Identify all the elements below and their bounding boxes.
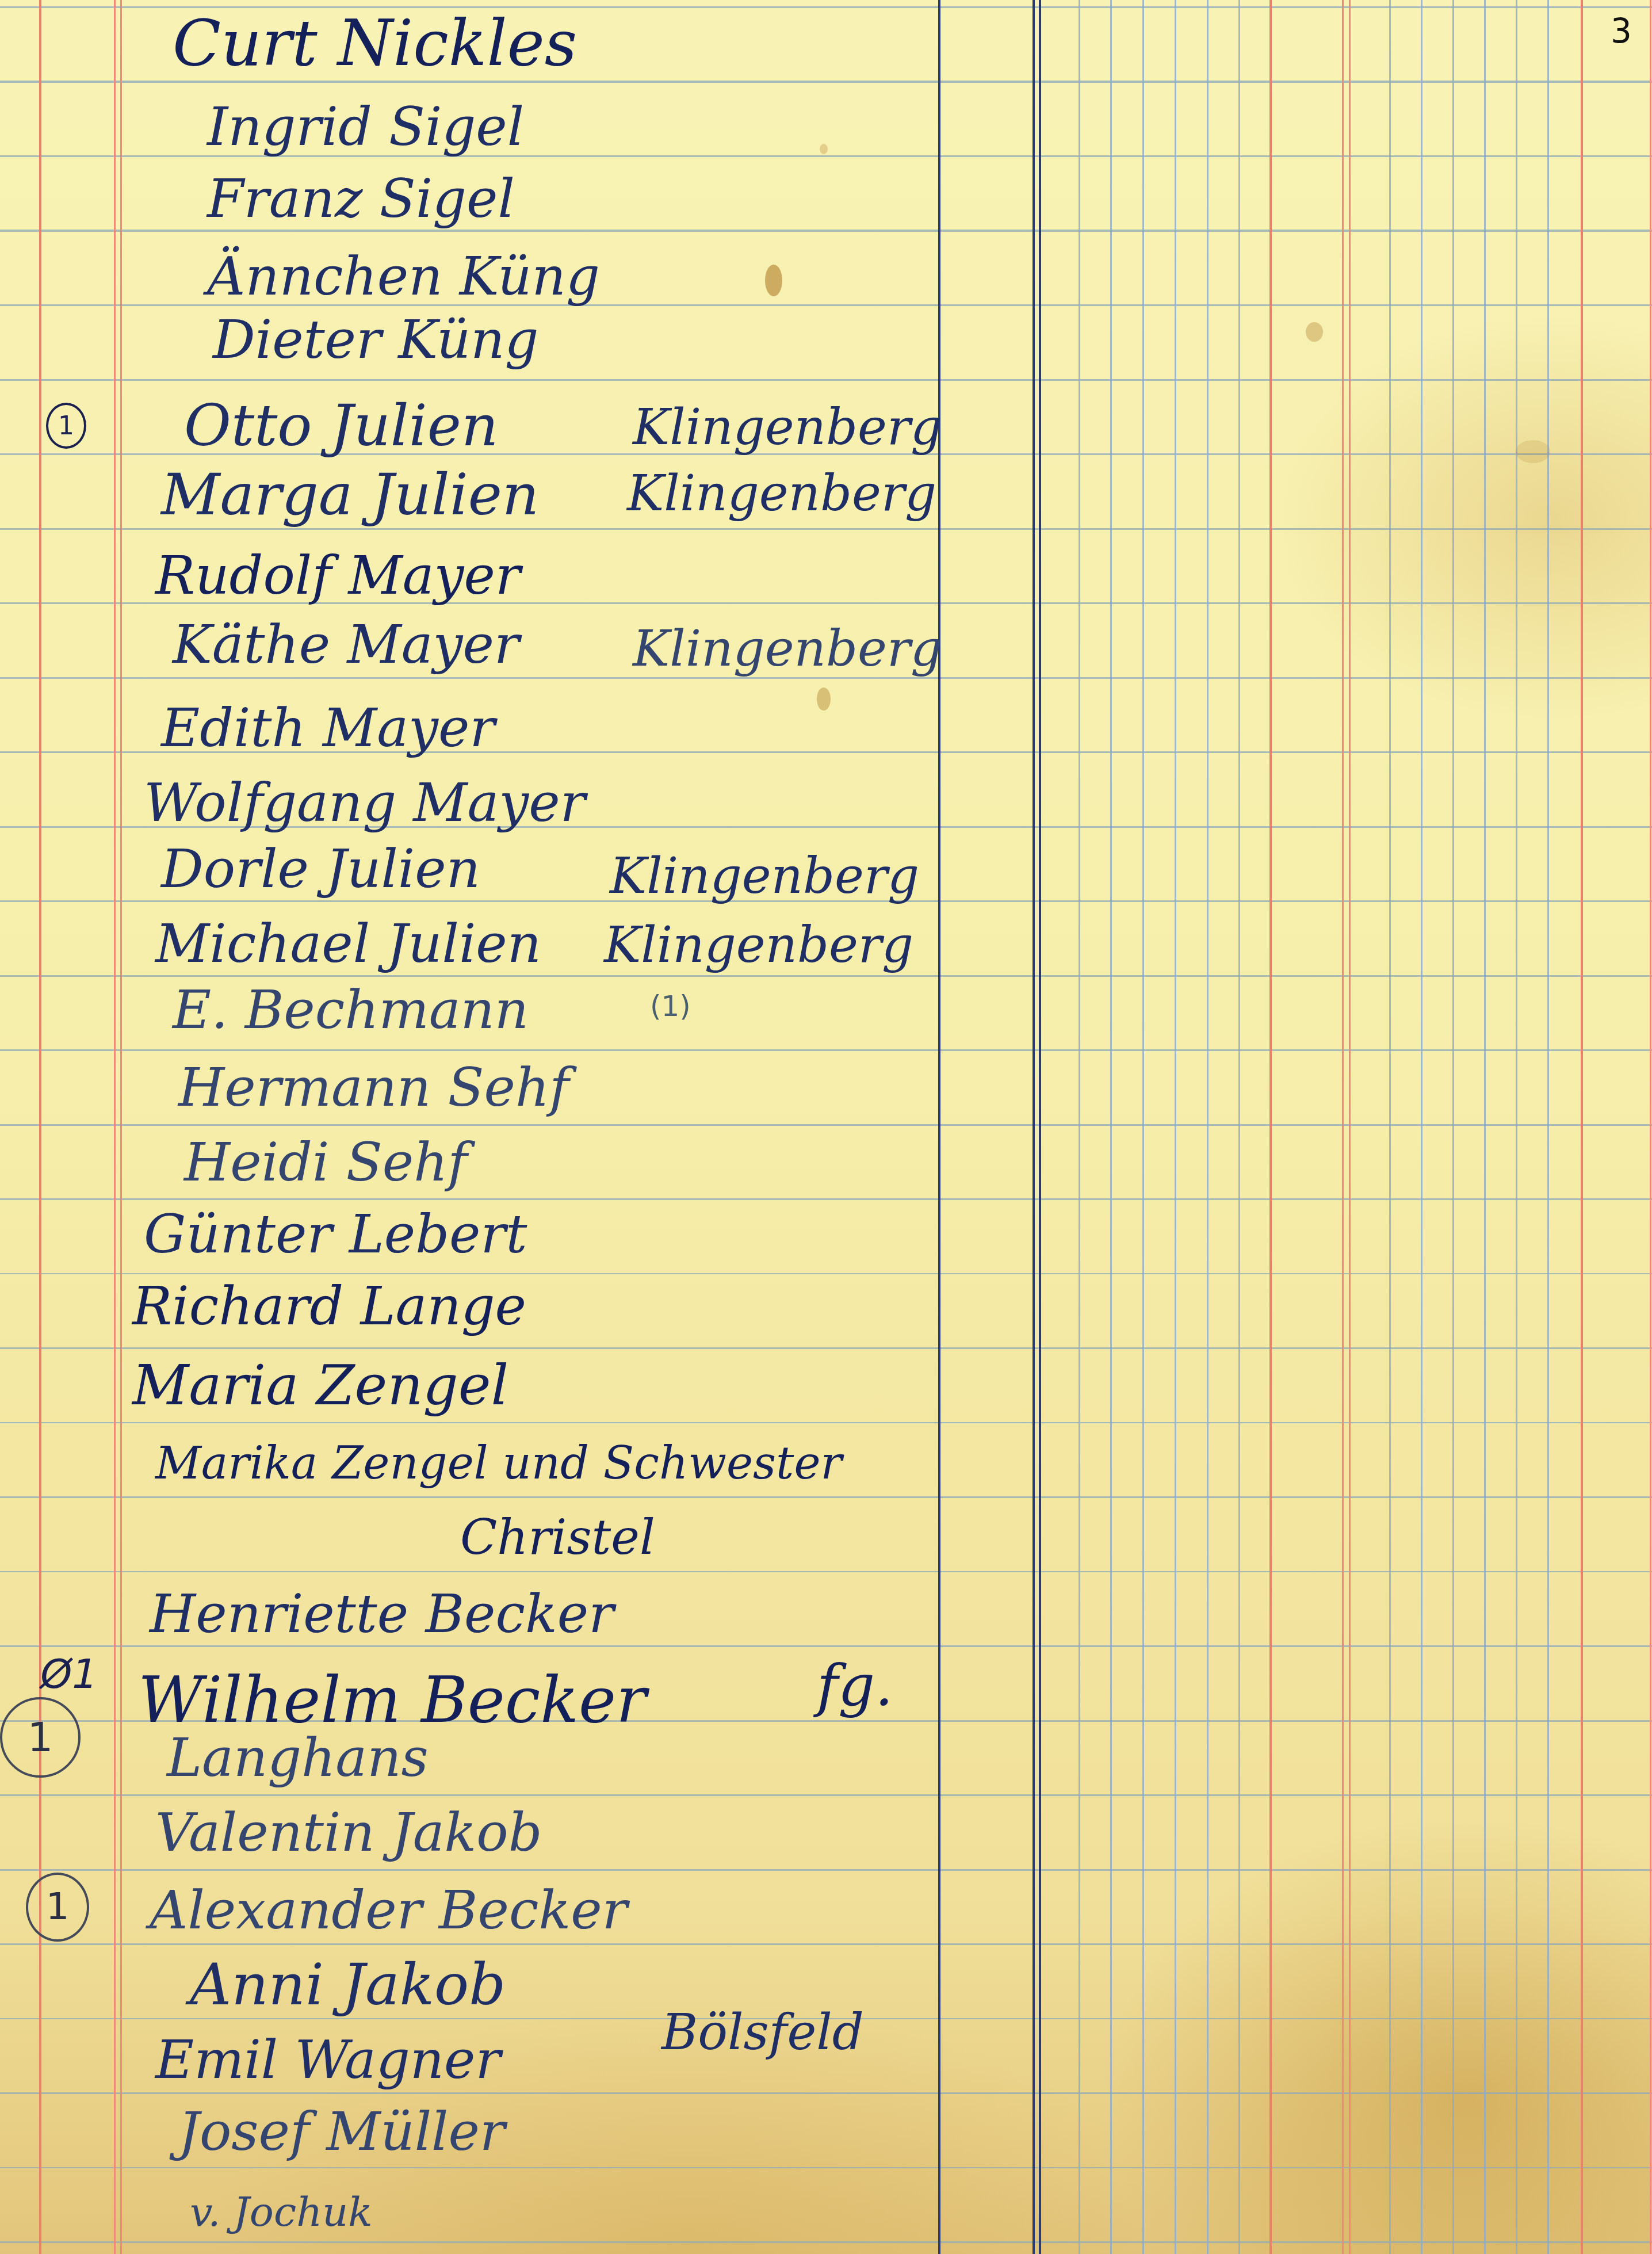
stain	[820, 144, 828, 154]
entry-name: Henriette Becker	[150, 1588, 614, 1641]
entry-name: Rudolf Mayer	[155, 549, 521, 602]
column-line-blue	[1452, 0, 1454, 2254]
entry-name: Käthe Mayer	[173, 618, 519, 671]
column-line-blue	[1238, 0, 1240, 2254]
entry-place: Klingenberg	[633, 403, 942, 452]
entry-name: Langhans	[167, 1732, 429, 1785]
entry-name: Valentin Jakob	[155, 1806, 542, 1859]
column-line-blue	[1142, 0, 1144, 2254]
entry-name: Franz Sigel	[207, 173, 515, 226]
entry-name: Marika Zengel und Schwester	[155, 1441, 842, 1486]
entry-place: Klingenberg	[604, 920, 913, 970]
entry-name: Dorle Julien	[161, 843, 480, 896]
column-line-blue	[1110, 0, 1112, 2254]
column-line-blue	[1484, 0, 1486, 2254]
entry-name: Josef Müller	[178, 2106, 505, 2159]
struck-one-marker: Ø1	[35, 1645, 104, 1703]
entry-name: Wilhelm Becker	[138, 1668, 647, 1732]
entry-name: Marga Julien	[161, 466, 539, 524]
column-line-blue	[1389, 0, 1391, 2254]
circled-one-marker: 1	[46, 403, 86, 449]
entry-name: Hermann Sehf	[178, 1061, 569, 1114]
entry-name: Dieter Küng	[213, 314, 538, 366]
margin-line-red	[114, 0, 116, 2254]
stain	[817, 687, 831, 710]
entry-place: fg.	[817, 1657, 893, 1714]
entry-name: Anni Jakob	[190, 1956, 506, 2014]
stain	[765, 265, 782, 296]
entry-name: v. Jochuk	[190, 2192, 373, 2232]
entry-place: Klingenberg	[627, 469, 936, 518]
entry-name: Ingrid Sigel	[207, 101, 524, 154]
column-line-red	[1269, 0, 1272, 2254]
entry-name: Heidi Sehf	[184, 1136, 467, 1189]
column-line-red	[1349, 0, 1351, 2254]
edge-line-red	[1650, 0, 1651, 2254]
entry-name: Wolfgang Mayer	[144, 777, 586, 830]
column-line-blue	[1516, 0, 1517, 2254]
column-line-red	[1342, 0, 1344, 2254]
stain	[1516, 440, 1550, 463]
entry-name: Emil Wagner	[155, 2034, 500, 2087]
margin-line-red	[120, 0, 122, 2254]
column-line-blue	[1079, 0, 1080, 2254]
entry-name: Edith Mayer	[161, 702, 495, 755]
entry-name: Ännchen Küng	[207, 250, 600, 303]
circled-one-marker: 1	[26, 1873, 89, 1942]
ledger-page: 3 Curt Nickles Ingrid Sigel Franz Sigel …	[0, 0, 1652, 2254]
entry-name: Günter Lebert	[144, 1208, 527, 1261]
column-line-blue	[1547, 0, 1549, 2254]
entry-place: Bölsfeld	[661, 2008, 864, 2057]
column-line-red	[1581, 0, 1583, 2254]
page-number: 3	[1611, 12, 1632, 51]
column-line-blue	[1207, 0, 1209, 2254]
entry-name: Otto Julien	[184, 397, 498, 454]
stain	[1306, 322, 1323, 342]
entry-name: Maria Zengel	[132, 1358, 508, 1413]
circled-one-marker: 1	[0, 1697, 81, 1778]
entry-place: Klingenberg	[610, 851, 919, 901]
column-line-blue	[1421, 0, 1422, 2254]
entry-note: (1)	[650, 990, 691, 1023]
entry-name: Alexander Becker	[150, 1884, 628, 1937]
entry-name: Richard Lange	[132, 1280, 526, 1333]
column-line-navy	[938, 0, 940, 2254]
entry-place: Klingenberg	[633, 624, 942, 674]
entry-name: Curt Nickles	[173, 12, 577, 75]
entry-name: Michael Julien	[155, 918, 541, 971]
column-line-navy	[1032, 0, 1035, 2254]
entry-name: E. Bechmann	[173, 984, 529, 1037]
column-line-blue	[1175, 0, 1176, 2254]
entry-name: Christel	[460, 1513, 655, 1561]
column-line-navy	[1039, 0, 1041, 2254]
